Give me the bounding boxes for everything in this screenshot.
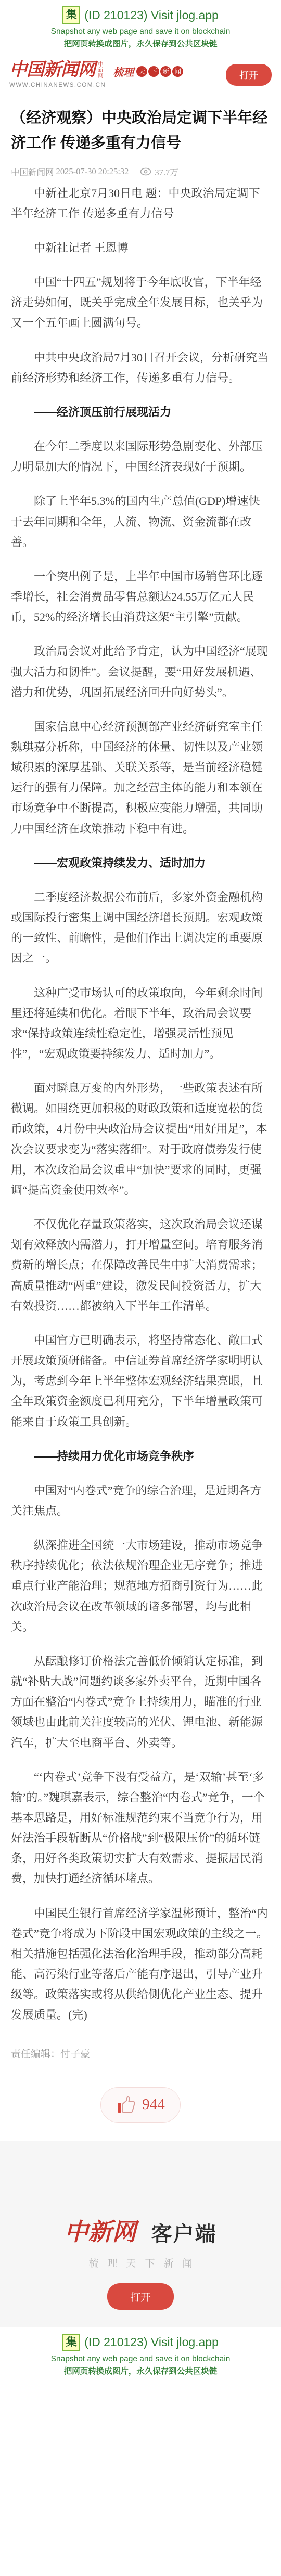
- slogan-char: 下: [148, 66, 159, 77]
- promo-line3-text: 把网页转换成图片，永久保存到公共区块链: [5, 37, 276, 49]
- footer-logo: 中新网 客户端: [65, 2218, 217, 2247]
- slogan-char: 新: [160, 66, 171, 77]
- slogan-prefix: 梳理: [113, 64, 134, 79]
- section-heading: ——经济顶压前行展现活力: [11, 402, 270, 422]
- site-header: 中国新闻网 中新网 WWW.CHINANEWS.COM.CN 梳理 天下新闻 打…: [0, 56, 281, 96]
- site-logo-text: 中国新闻网: [9, 61, 95, 79]
- view-count: 37.7万: [155, 165, 178, 178]
- article-title: （经济观察）中央政治局定调下半年经济工作 传递多重有力信号: [11, 106, 270, 156]
- article-paragraph: 中国对“内卷式”竞争的综合治理，是近期各方关注焦点。: [11, 1480, 270, 1521]
- article-paragraph: 不仅优化存量政策落实，这次政治局会议还谋划有效释放内需潜力，打开增量空间。培育服…: [11, 1214, 270, 1316]
- article-body: 中新社北京7月30日电 题：中央政治局定调下半年经济工作 传递多重有力信号中新社…: [11, 183, 270, 2025]
- promo-line2-text: Snapshot any web page and save it on blo…: [5, 2354, 276, 2364]
- section-heading: ——持续用力优化市场竞争秩序: [11, 1446, 270, 1466]
- promo-banner-bottom: 集 (ID 210123) Visit jlog.app Snapshot an…: [0, 2327, 281, 2384]
- article-paragraph: 从酝酿修订价格法完善低价倾销认定标准，到就“补贴大战”问题约谈多家外卖平台，近期…: [11, 1651, 270, 1753]
- article-paragraph: 中国民生银行首席经济学家温彬预计，整治“内卷式”竞争将成为下阶段中国宏观政策的主…: [11, 1903, 270, 2025]
- article-paragraph: 中新社北京7月30日电 题：中央政治局定调下半年经济工作 传递多重有力信号: [11, 183, 270, 224]
- article-paragraph: 政治局会议对此给予肯定，认为中国经济“展现强大活力和韧性”。会议提醒，要“用好发…: [11, 641, 270, 702]
- footer-slogan: 梳理天下新闻: [80, 2256, 201, 2270]
- footer-logo-divider: [144, 2222, 144, 2243]
- article-paragraph: “‘内卷式’竞争下没有受益方，是‘双输’甚至‘多输’的。”魏琪嘉表示，综合整治“…: [11, 1767, 270, 1889]
- article-paragraph: 这种广受市场认可的政策取向，今年剩余时间里还将延续和优化。着眼下半年，政治局会议…: [11, 983, 270, 1064]
- article-paragraph: 中国“十四五”规划将于今年底收官，下半年经济走势如何，既关乎完成全年发展目标，也…: [11, 272, 270, 333]
- slogan-char: 闻: [172, 66, 183, 77]
- site-slogan-stamp: 梳理 天下新闻: [113, 64, 183, 79]
- article-paragraph: 二季度经济数据公布前后，多家外资金融机构或国际投行密集上调中国经济增长预期。宏观…: [11, 887, 270, 969]
- article-paragraph: 一个突出例子是，上半年中国市场销售环比逐季增长，社会消费品零售总额达24.55万…: [11, 566, 270, 627]
- section-heading: ——宏观政策持续发力、适时加力: [11, 853, 270, 873]
- article-paragraph: 中国官方已明确表示，将坚持常态化、敞口式开展政策预研储备。中信证券首席经济学家明…: [11, 1330, 270, 1432]
- article-source: 中国新闻网: [11, 165, 54, 178]
- editor-line: 责任编辑：付子豪: [11, 2046, 270, 2060]
- article-paragraph: 纵深推进全国统一大市场建设，推动市场竞争秩序持续优化；依法依规治理企业无序竞争；…: [11, 1535, 270, 1637]
- like-count: 944: [142, 2096, 165, 2113]
- promo-banner-top: 集 (ID 210123) Visit jlog.app Snapshot an…: [0, 0, 281, 56]
- open-app-button-footer[interactable]: 打开: [107, 2283, 174, 2310]
- site-logo-side-text: 中新网: [97, 61, 102, 79]
- like-area: 944: [11, 2087, 270, 2123]
- page: 集 (ID 210123) Visit jlog.app Snapshot an…: [0, 0, 281, 2576]
- article-meta: 中国新闻网 2025-07-30 20:25:32 37.7万: [11, 165, 270, 178]
- promo-link[interactable]: 集 (ID 210123) Visit jlog.app: [5, 6, 276, 24]
- article-paragraph: 中新社记者 王恩博: [11, 238, 270, 258]
- article-paragraph: 面对瞬息万变的内外形势，一些政策表述有所微调。如围绕更加积极的财政政策和适度宽松…: [11, 1078, 270, 1200]
- like-button[interactable]: 944: [100, 2087, 181, 2123]
- promo-link-bottom[interactable]: 集 (ID 210123) Visit jlog.app: [5, 2334, 276, 2351]
- app-footer: 中新网 客户端 梳理天下新闻 打开: [0, 2141, 281, 2327]
- promo-line1-text: (ID 210123) Visit jlog.app: [84, 8, 219, 22]
- article-datetime: 2025-07-30 20:25:32: [56, 166, 129, 177]
- article: （经济观察）中央政治局定调下半年经济工作 传递多重有力信号 中国新闻网 2025…: [0, 96, 281, 2123]
- article-paragraph: 在今年二季度以来国际形势急剧变化、外部压力明显加大的情况下，中国经济表现好于预期…: [11, 436, 270, 477]
- article-paragraph: 国家信息中心经济预测部产业经济研究室主任魏琪嘉分析称，中国经济的体量、韧性以及产…: [11, 717, 270, 839]
- footer-logo-text: 中新网: [65, 2220, 136, 2244]
- promo-line3-text: 把网页转换成图片，永久保存到公共区块链: [5, 2365, 276, 2376]
- view-counter: 37.7万: [140, 165, 178, 178]
- promo-line2-text: Snapshot any web page and save it on blo…: [5, 27, 276, 36]
- site-url: WWW.CHINANEWS.COM.CN: [9, 82, 106, 88]
- ji-badge-icon: 集: [62, 6, 80, 24]
- slogan-circles: 天下新闻: [135, 66, 183, 77]
- promo-line1-text: (ID 210123) Visit jlog.app: [84, 2335, 219, 2349]
- article-paragraph: 中共中央政治局7月30日召开会议，分析研究当前经济形势和经济工作，传递多重有力信…: [11, 347, 270, 388]
- site-logo[interactable]: 中国新闻网 中新网 WWW.CHINANEWS.COM.CN: [9, 61, 106, 88]
- eye-icon: [140, 167, 151, 176]
- open-app-button-header[interactable]: 打开: [226, 64, 272, 86]
- ji-badge-icon: 集: [62, 2334, 80, 2351]
- slogan-char: 天: [136, 66, 147, 77]
- thumbs-up-icon: [116, 2095, 137, 2115]
- footer-logo-client-text: 客户端: [151, 2218, 217, 2247]
- article-paragraph: 除了上半年5.3%的国内生产总值(GDP)增速快于去年同期和全年，人流、物流、资…: [11, 491, 270, 552]
